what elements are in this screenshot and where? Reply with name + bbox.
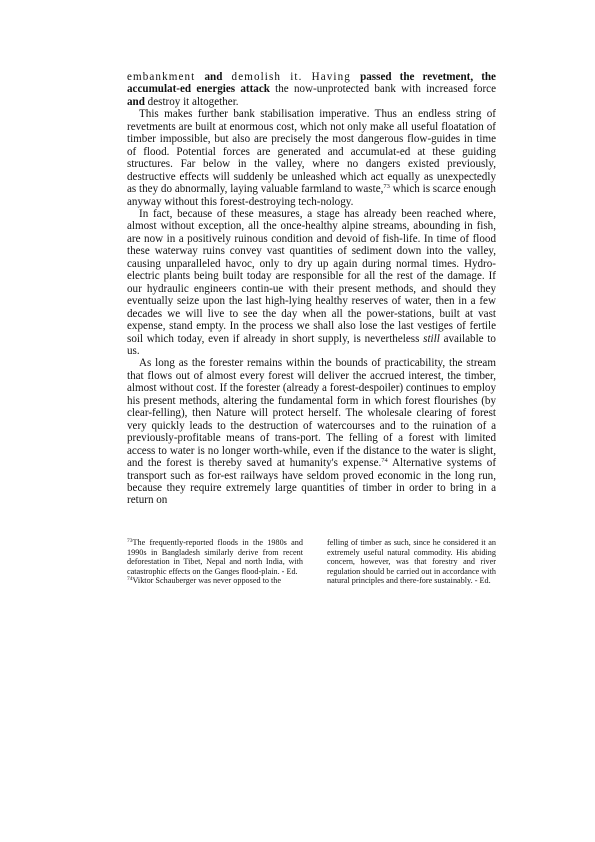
text-segment-italic: still <box>423 333 440 345</box>
body-text: embankment and demolish it. Having passe… <box>127 71 496 507</box>
text-segment: destroy it altogether. <box>145 96 239 108</box>
footnote-column-right: felling of timber as such, since he cons… <box>327 538 496 586</box>
text-segment: the now-unprotected bank with increased … <box>270 83 496 95</box>
paragraph-2: This makes further bank stabilisation im… <box>127 108 496 208</box>
footnote-text: felling of timber as such, since he cons… <box>327 538 496 585</box>
paragraph-1: embankment and demolish it. Having passe… <box>127 71 496 108</box>
footnote-73: 73The frequently-reported floods in the … <box>127 538 303 576</box>
document-page: embankment and demolish it. Having passe… <box>0 0 595 842</box>
footnote-column-left: 73The frequently-reported floods in the … <box>127 538 303 586</box>
text-segment: demolish it. Having <box>222 71 360 83</box>
footnote-text: Viktor Schauberger was never opposed to … <box>133 576 282 585</box>
text-segment-bold: and <box>127 96 145 108</box>
text-segment: This makes further bank stabilisation im… <box>127 108 496 195</box>
text-segment: In fact, because of these measures, a st… <box>127 208 496 345</box>
text-segment: embankment <box>127 71 204 83</box>
paragraph-4: As long as the forester remains within t… <box>127 357 496 506</box>
footnote-74-continued: felling of timber as such, since he cons… <box>327 538 496 586</box>
text-segment: As long as the forester remains within t… <box>127 357 496 469</box>
footnote-text: The frequently-reported floods in the 19… <box>127 538 303 576</box>
text-segment-bold: and <box>204 71 222 83</box>
paragraph-3: In fact, because of these measures, a st… <box>127 208 496 357</box>
footnote-74: 74Viktor Schauberger was never opposed t… <box>127 576 303 586</box>
